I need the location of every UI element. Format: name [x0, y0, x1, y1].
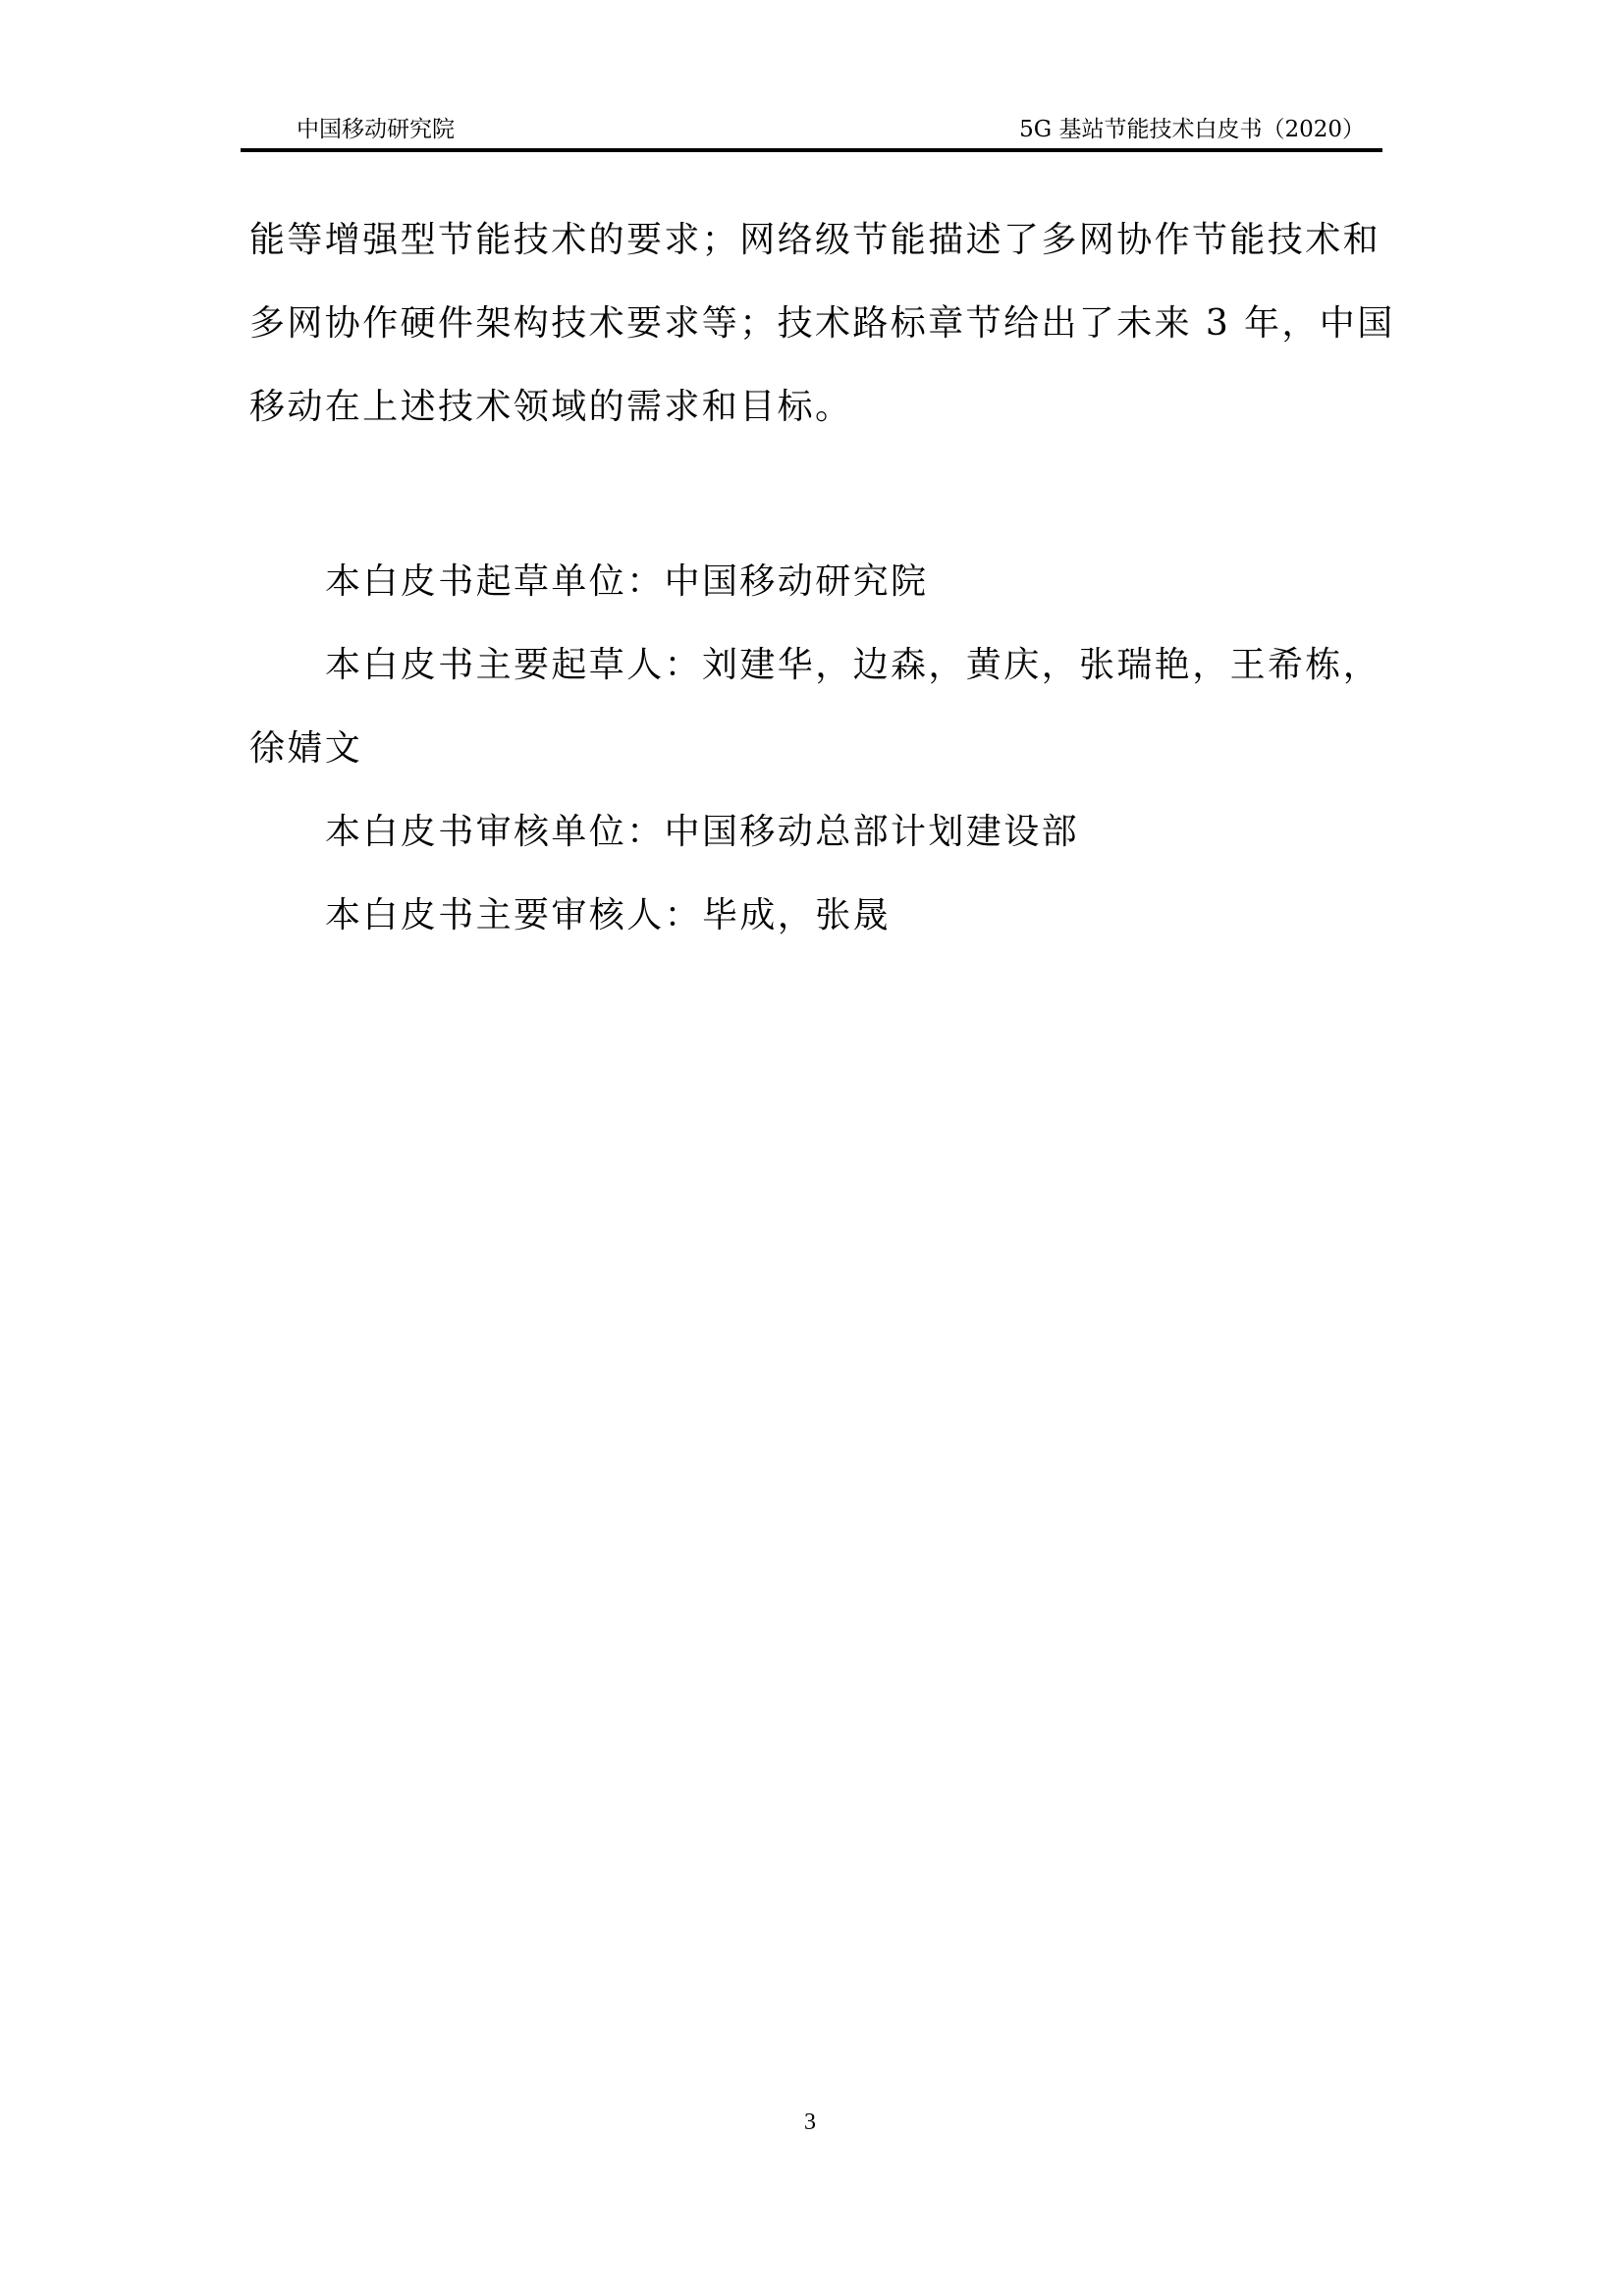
paragraph-line: 移动在上述技术领域的需求和目标。: [249, 388, 852, 427]
paragraph-line: 多网协作硬件架构技术要求等；技术路标章节给出了未来 3 年，中国: [249, 304, 1395, 344]
header-organization: 中国移动研究院: [297, 116, 455, 143]
review-unit: 本白皮书审核单位：中国移动总部计划建设部: [325, 813, 1079, 852]
header-document-title: 5G 基站节能技术白皮书（2020）: [1019, 116, 1365, 143]
page-number: 3: [804, 2109, 816, 2136]
main-drafters-continued: 徐婧文: [249, 729, 362, 769]
drafting-unit: 本白皮书起草单位：中国移动研究院: [325, 562, 928, 602]
header-divider: [241, 148, 1382, 152]
main-reviewers: 本白皮书主要审核人：毕成，张晟: [325, 896, 891, 935]
paragraph-line: 能等增强型节能技术的要求；网络级节能描述了多网协作节能技术和: [249, 221, 1380, 260]
page-header: 中国移动研究院 5G 基站节能技术白皮书（2020）: [241, 116, 1382, 149]
main-drafters: 本白皮书主要起草人：刘建华，边森，黄庆，张瑞艳，王希栋，: [325, 646, 1380, 685]
